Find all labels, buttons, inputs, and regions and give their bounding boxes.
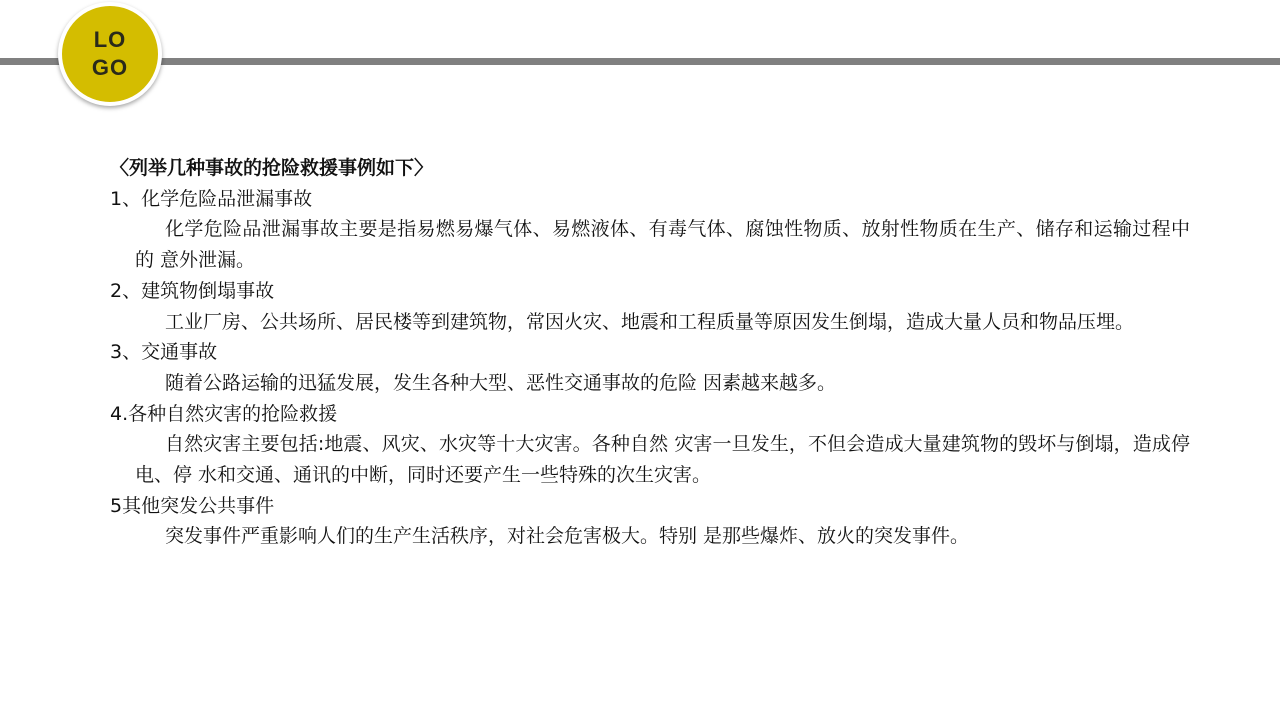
logo-text-line1: LO (94, 26, 127, 54)
item-body-3: 随着公路运输的迅猛发展，发生各种大型、恶性交通事故的危险 因素越来越多。 (110, 368, 1190, 399)
slide: LO GO 〈列举几种事故的抢险救援事例如下〉 1、化学危险品泄漏事故 化学危险… (0, 0, 1280, 720)
item-body-4: 自然灾害主要包括:地震、风灾、水灾等十大灾害。各种自然 灾害一旦发生，不但会造成… (110, 429, 1190, 490)
item-title-1: 1、化学危险品泄漏事故 (110, 184, 1190, 215)
header-divider-line (0, 58, 1280, 65)
section-heading: 〈列举几种事故的抢险救援事例如下〉 (110, 153, 1190, 184)
item-title-4: 4.各种自然灾害的抢险救援 (110, 399, 1190, 430)
item-title-5: 5其他突发公共事件 (110, 491, 1190, 522)
item-title-2: 2、建筑物倒塌事故 (110, 276, 1190, 307)
logo-text-line2: GO (92, 54, 128, 82)
logo-badge: LO GO (58, 2, 162, 106)
item-title-3: 3、交通事故 (110, 337, 1190, 368)
item-body-2: 工业厂房、公共场所、居民楼等到建筑物，常因火灾、地震和工程质量等原因发生倒塌，造… (110, 307, 1190, 338)
content-body: 〈列举几种事故的抢险救援事例如下〉 1、化学危险品泄漏事故 化学危险品泄漏事故主… (110, 153, 1190, 552)
item-body-1: 化学危险品泄漏事故主要是指易燃易爆气体、易燃液体、有毒气体、腐蚀性物质、放射性物… (110, 214, 1190, 275)
item-body-5: 突发事件严重影响人们的生产生活秩序，对社会危害极大。特别 是那些爆炸、放火的突发… (110, 521, 1190, 552)
